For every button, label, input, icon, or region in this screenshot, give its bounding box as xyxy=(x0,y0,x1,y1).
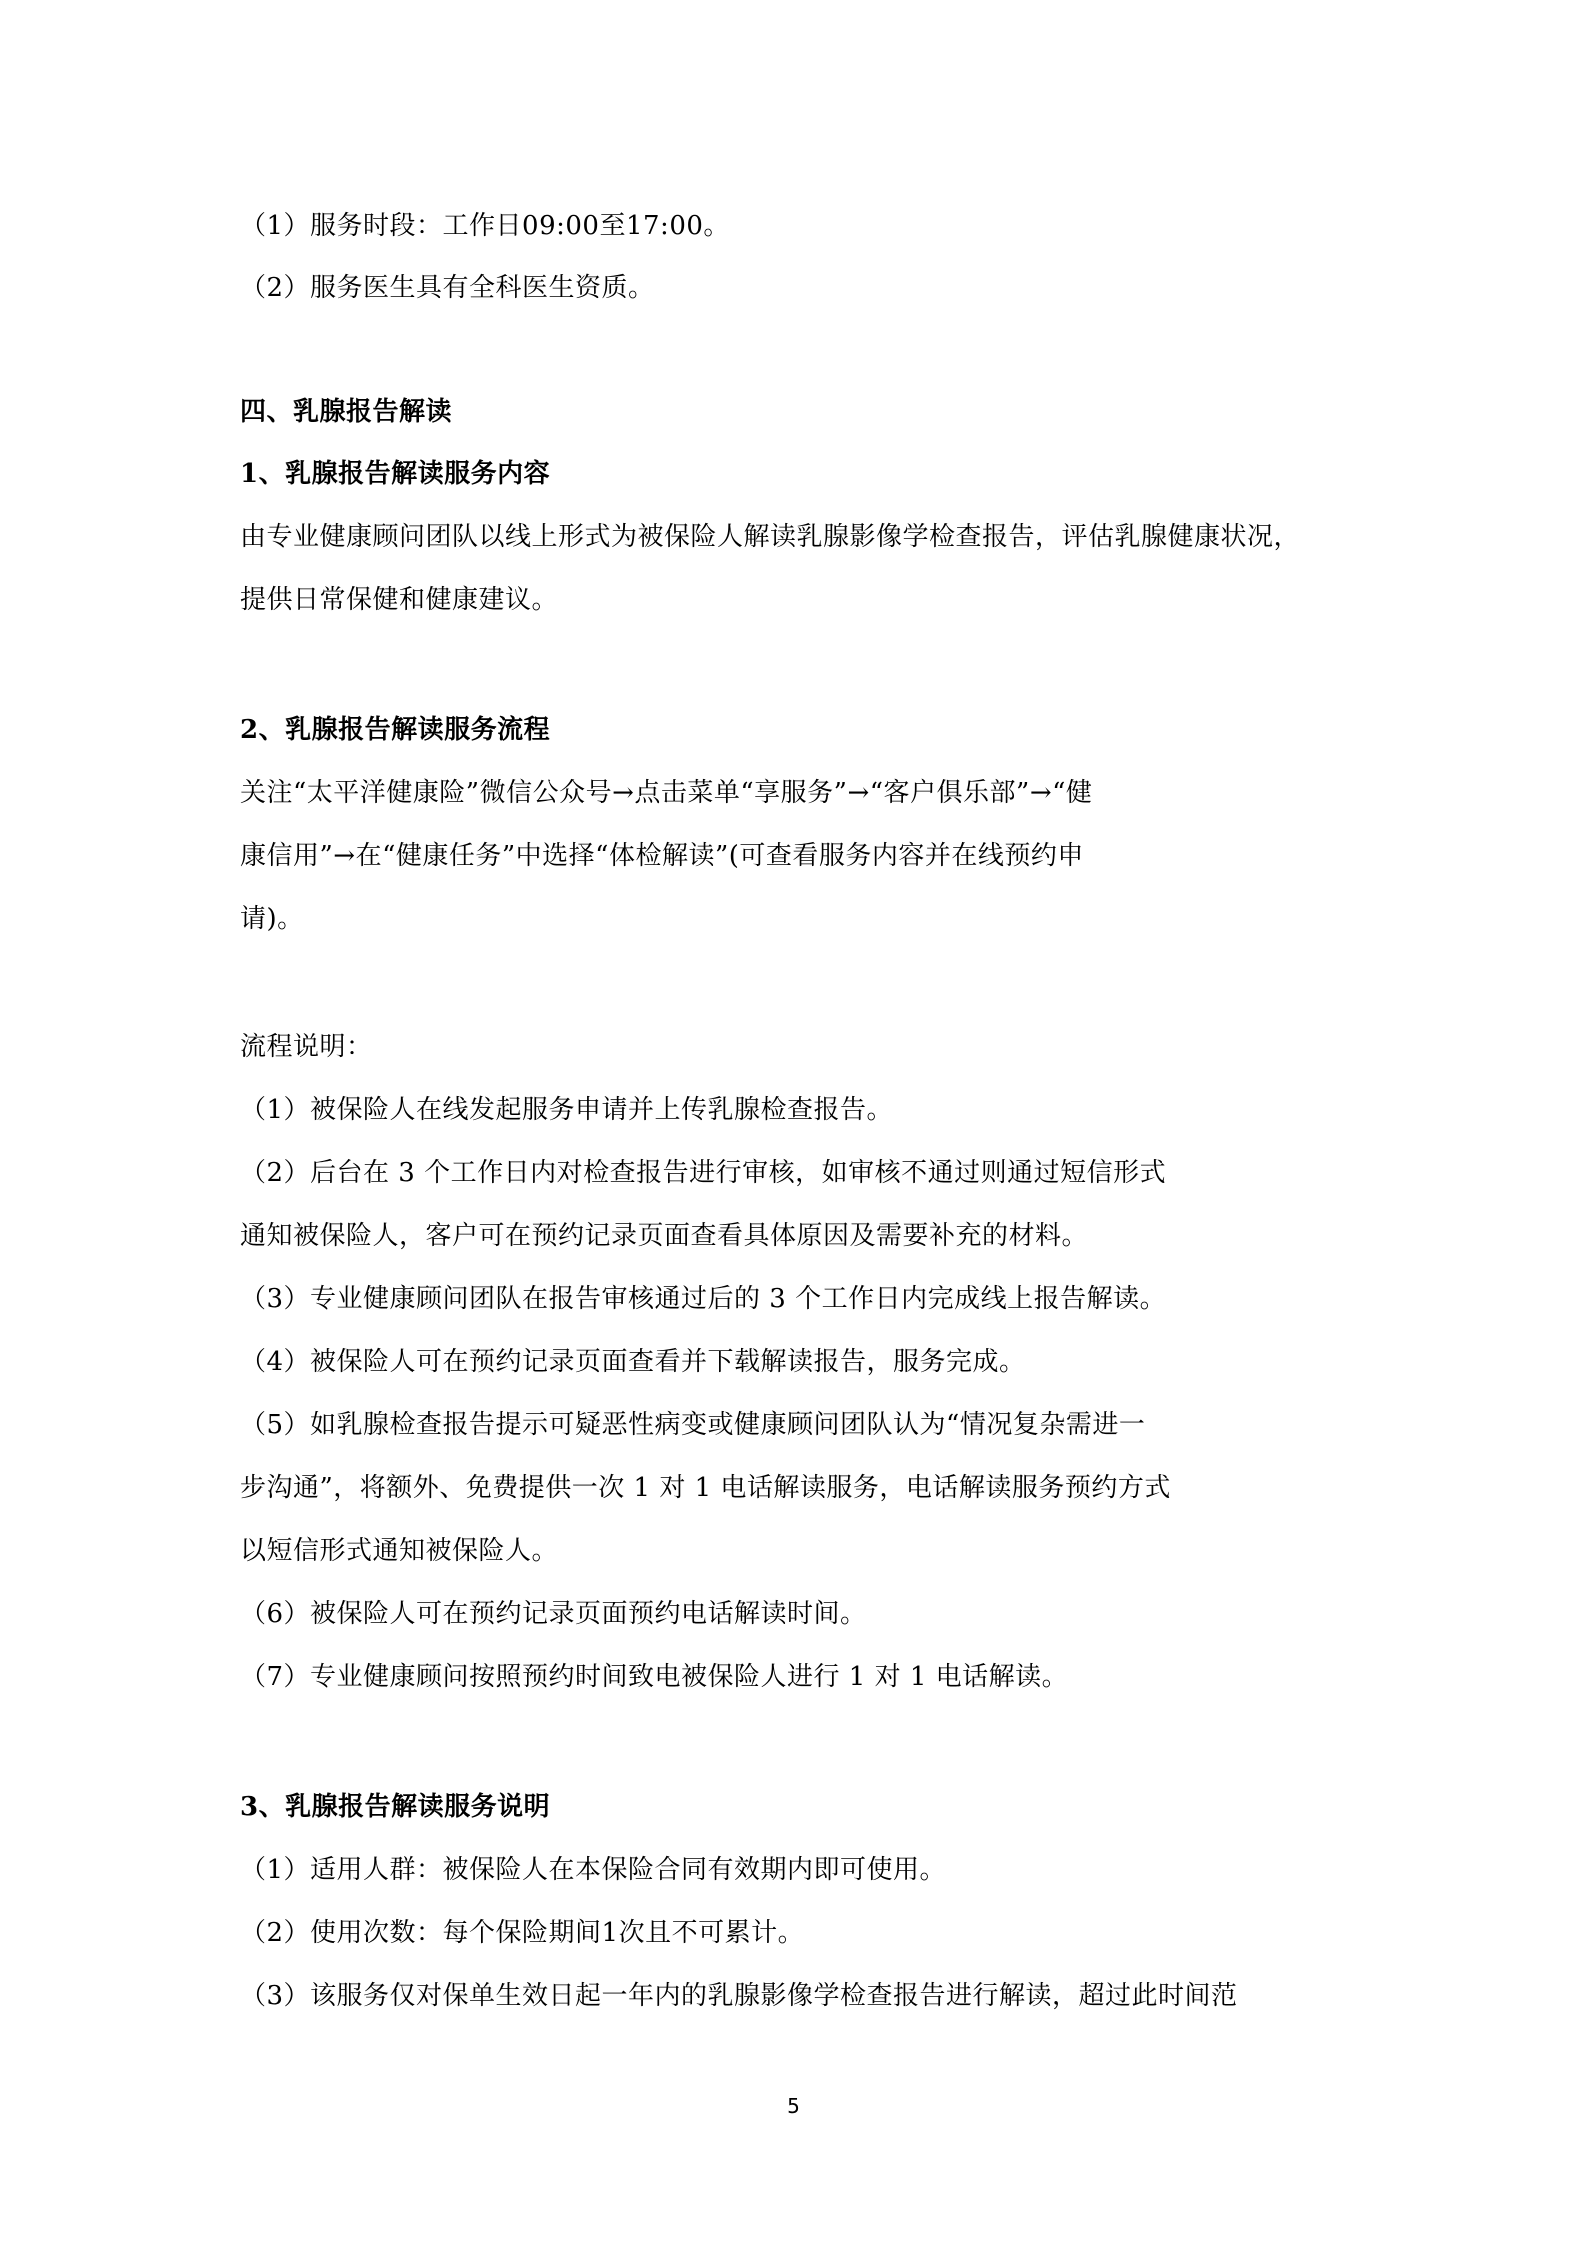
process-step: （1）被保险人在线发起服务申请并上传乳腺检查报告。 xyxy=(240,1093,893,1127)
doctor-qualification-item: （2）服务医生具有全科医生资质。 xyxy=(240,271,655,305)
subsection-2-paragraph-line: 康信用”→在“健康任务”中选择“体检解读”(可查看服务内容并在线预约申 xyxy=(240,839,1084,873)
process-step: （3）专业健康顾问团队在报告审核通过后的 3 个工作日内完成线上报告解读。 xyxy=(240,1282,1166,1316)
page-number: 5 xyxy=(0,2094,1587,2118)
service-note-item: （3）该服务仅对保单生效日起一年内的乳腺影像学检查报告进行解读，超过此时间范 xyxy=(240,1979,1238,2013)
process-step: （6）被保险人可在预约记录页面预约电话解读时间。 xyxy=(240,1597,867,1631)
process-step: （4）被保险人可在预约记录页面查看并下载解读报告，服务完成。 xyxy=(240,1345,1026,1379)
subsection-1-paragraph-line: 提供日常保健和健康建议。 xyxy=(240,583,558,617)
process-step-continuation: 步沟通”，将额外、免费提供一次 1 对 1 电话解读服务，电话解读服务预约方式 xyxy=(240,1471,1171,1505)
subsection-2-heading: 2、乳腺报告解读服务流程 xyxy=(240,713,550,747)
process-step: （2）后台在 3 个工作日内对检查报告进行审核，如审核不通过则通过短信形式 xyxy=(240,1156,1166,1190)
service-note-item: （1）适用人群：被保险人在本保险合同有效期内即可使用。 xyxy=(240,1853,946,1887)
subsection-2-paragraph-line: 请)。 xyxy=(240,902,304,936)
subsection-2-paragraph-line: 关注“太平洋健康险”微信公众号→点击菜单“享服务”→“客户俱乐部”→“健 xyxy=(240,776,1092,810)
service-note-item: （2）使用次数：每个保险期间1次且不可累计。 xyxy=(240,1916,804,1950)
process-step-continuation: 通知被保险人，客户可在预约记录页面查看具体原因及需要补充的材料。 xyxy=(240,1219,1088,1253)
service-hours-item: （1）服务时段：工作日09:00至17:00。 xyxy=(240,209,730,243)
subsection-3-heading: 3、乳腺报告解读服务说明 xyxy=(240,1790,550,1824)
process-step: （7）专业健康顾问按照预约时间致电被保险人进行 1 对 1 电话解读。 xyxy=(240,1660,1068,1694)
subsection-1-heading: 1、乳腺报告解读服务内容 xyxy=(240,457,550,491)
subsection-1-paragraph-line: 由专业健康顾问团队以线上形式为被保险人解读乳腺影像学检查报告，评估乳腺健康状况， xyxy=(240,520,1300,554)
document-page: （1）服务时段：工作日09:00至17:00。 （2）服务医生具有全科医生资质。… xyxy=(0,0,1587,2245)
section-title: 四、乳腺报告解读 xyxy=(240,395,452,429)
process-step: （5）如乳腺检查报告提示可疑恶性病变或健康顾问团队认为“情况复杂需进一 xyxy=(240,1408,1145,1442)
process-note-label: 流程说明： xyxy=(240,1030,373,1064)
process-step-continuation: 以短信形式通知被保险人。 xyxy=(240,1534,558,1568)
